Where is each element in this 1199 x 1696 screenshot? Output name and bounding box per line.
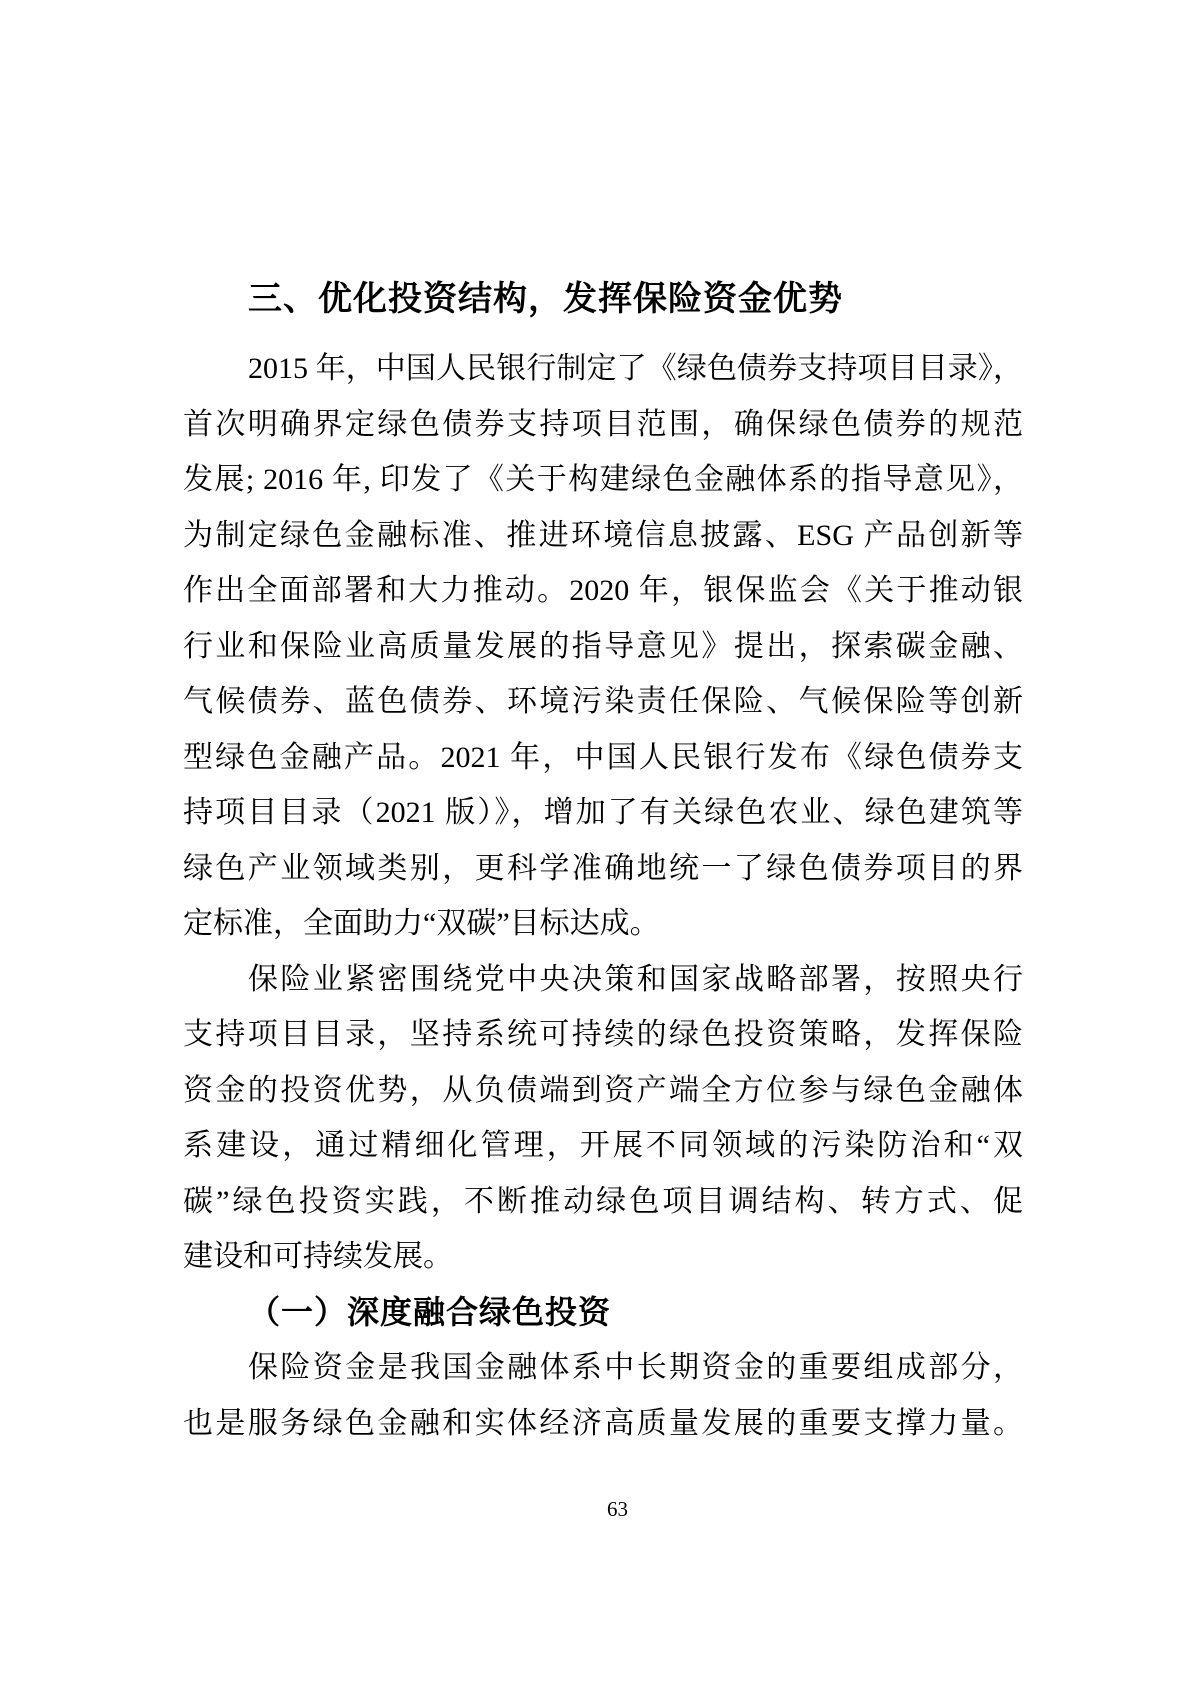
subsection-heading: （一）深度融合绿色投资: [183, 1285, 1023, 1341]
paragraph-1: 2015 年，中国人民银行制定了《绿色债券支持项目目录》， 首次明确界定绿色债券…: [183, 341, 1023, 952]
body-line: 保险业紧密围绕党中央决策和国家战略部署，按照央行: [183, 952, 1023, 1008]
body-line: 型绿色金融产品。2021 年，中国人民银行发布《绿色债券支: [183, 730, 1023, 786]
document-page: 三、优化投资结构，发挥保险资金优势 2015 年，中国人民银行制定了《绿色债券支…: [0, 0, 1199, 1696]
body-line: 气候债券、蓝色债券、环境污染责任保险、气候保险等创新: [183, 674, 1023, 730]
body-line: 持项目目录（2021 版）》，增加了有关绿色农业、绿色建筑等: [183, 785, 1023, 841]
body-line: 建设和可持续发展。: [183, 1229, 1023, 1285]
body-line: 系建设，通过精细化管理，开展不同领域的污染防治和“双: [183, 1118, 1023, 1174]
paragraph-3: 保险资金是我国金融体系中长期资金的重要组成部分， 也是服务绿色金融和实体经济高质…: [183, 1340, 1023, 1451]
body-line: 2015 年，中国人民银行制定了《绿色债券支持项目目录》，: [183, 341, 1023, 397]
body-line: 为制定绿色金融标准、推进环境信息披露、ESG 产品创新等: [183, 508, 1023, 564]
page-number: 63: [0, 1494, 1199, 1524]
body-line: 作出全面部署和大力推动。2020 年，银保监会《关于推动银: [183, 563, 1023, 619]
body-line: 也是服务绿色金融和实体经济高质量发展的重要支撑力量。: [183, 1396, 1023, 1452]
paragraph-2: 保险业紧密围绕党中央决策和国家战略部署，按照央行 支持项目目录，坚持系统可持续的…: [183, 952, 1023, 1285]
body-line: 绿色产业领域类别，更科学准确地统一了绿色债券项目的界: [183, 841, 1023, 897]
body-line: 资金的投资优势，从负债端到资产端全方位参与绿色金融体: [183, 1063, 1023, 1119]
page-content: 三、优化投资结构，发挥保险资金优势 2015 年，中国人民银行制定了《绿色债券支…: [183, 271, 1023, 1451]
section-heading: 三、优化投资结构，发挥保险资金优势: [183, 271, 1023, 327]
body-line: 行业和保险业高质量发展的指导意见》提出，探索碳金融、: [183, 619, 1023, 675]
body-line: 保险资金是我国金融体系中长期资金的重要组成部分，: [183, 1340, 1023, 1396]
body-line: 支持项目目录，坚持系统可持续的绿色投资策略，发挥保险: [183, 1007, 1023, 1063]
body-line: 发展; 2016 年, 印发了《关于构建绿色金融体系的指导意见》，: [183, 452, 1023, 508]
body-line: 首次明确界定绿色债券支持项目范围，确保绿色债券的规范: [183, 397, 1023, 453]
body-line: 碳”绿色投资实践，不断推动绿色项目调结构、转方式、促: [183, 1174, 1023, 1230]
body-line: 定标准，全面助力“双碳”目标达成。: [183, 896, 1023, 952]
